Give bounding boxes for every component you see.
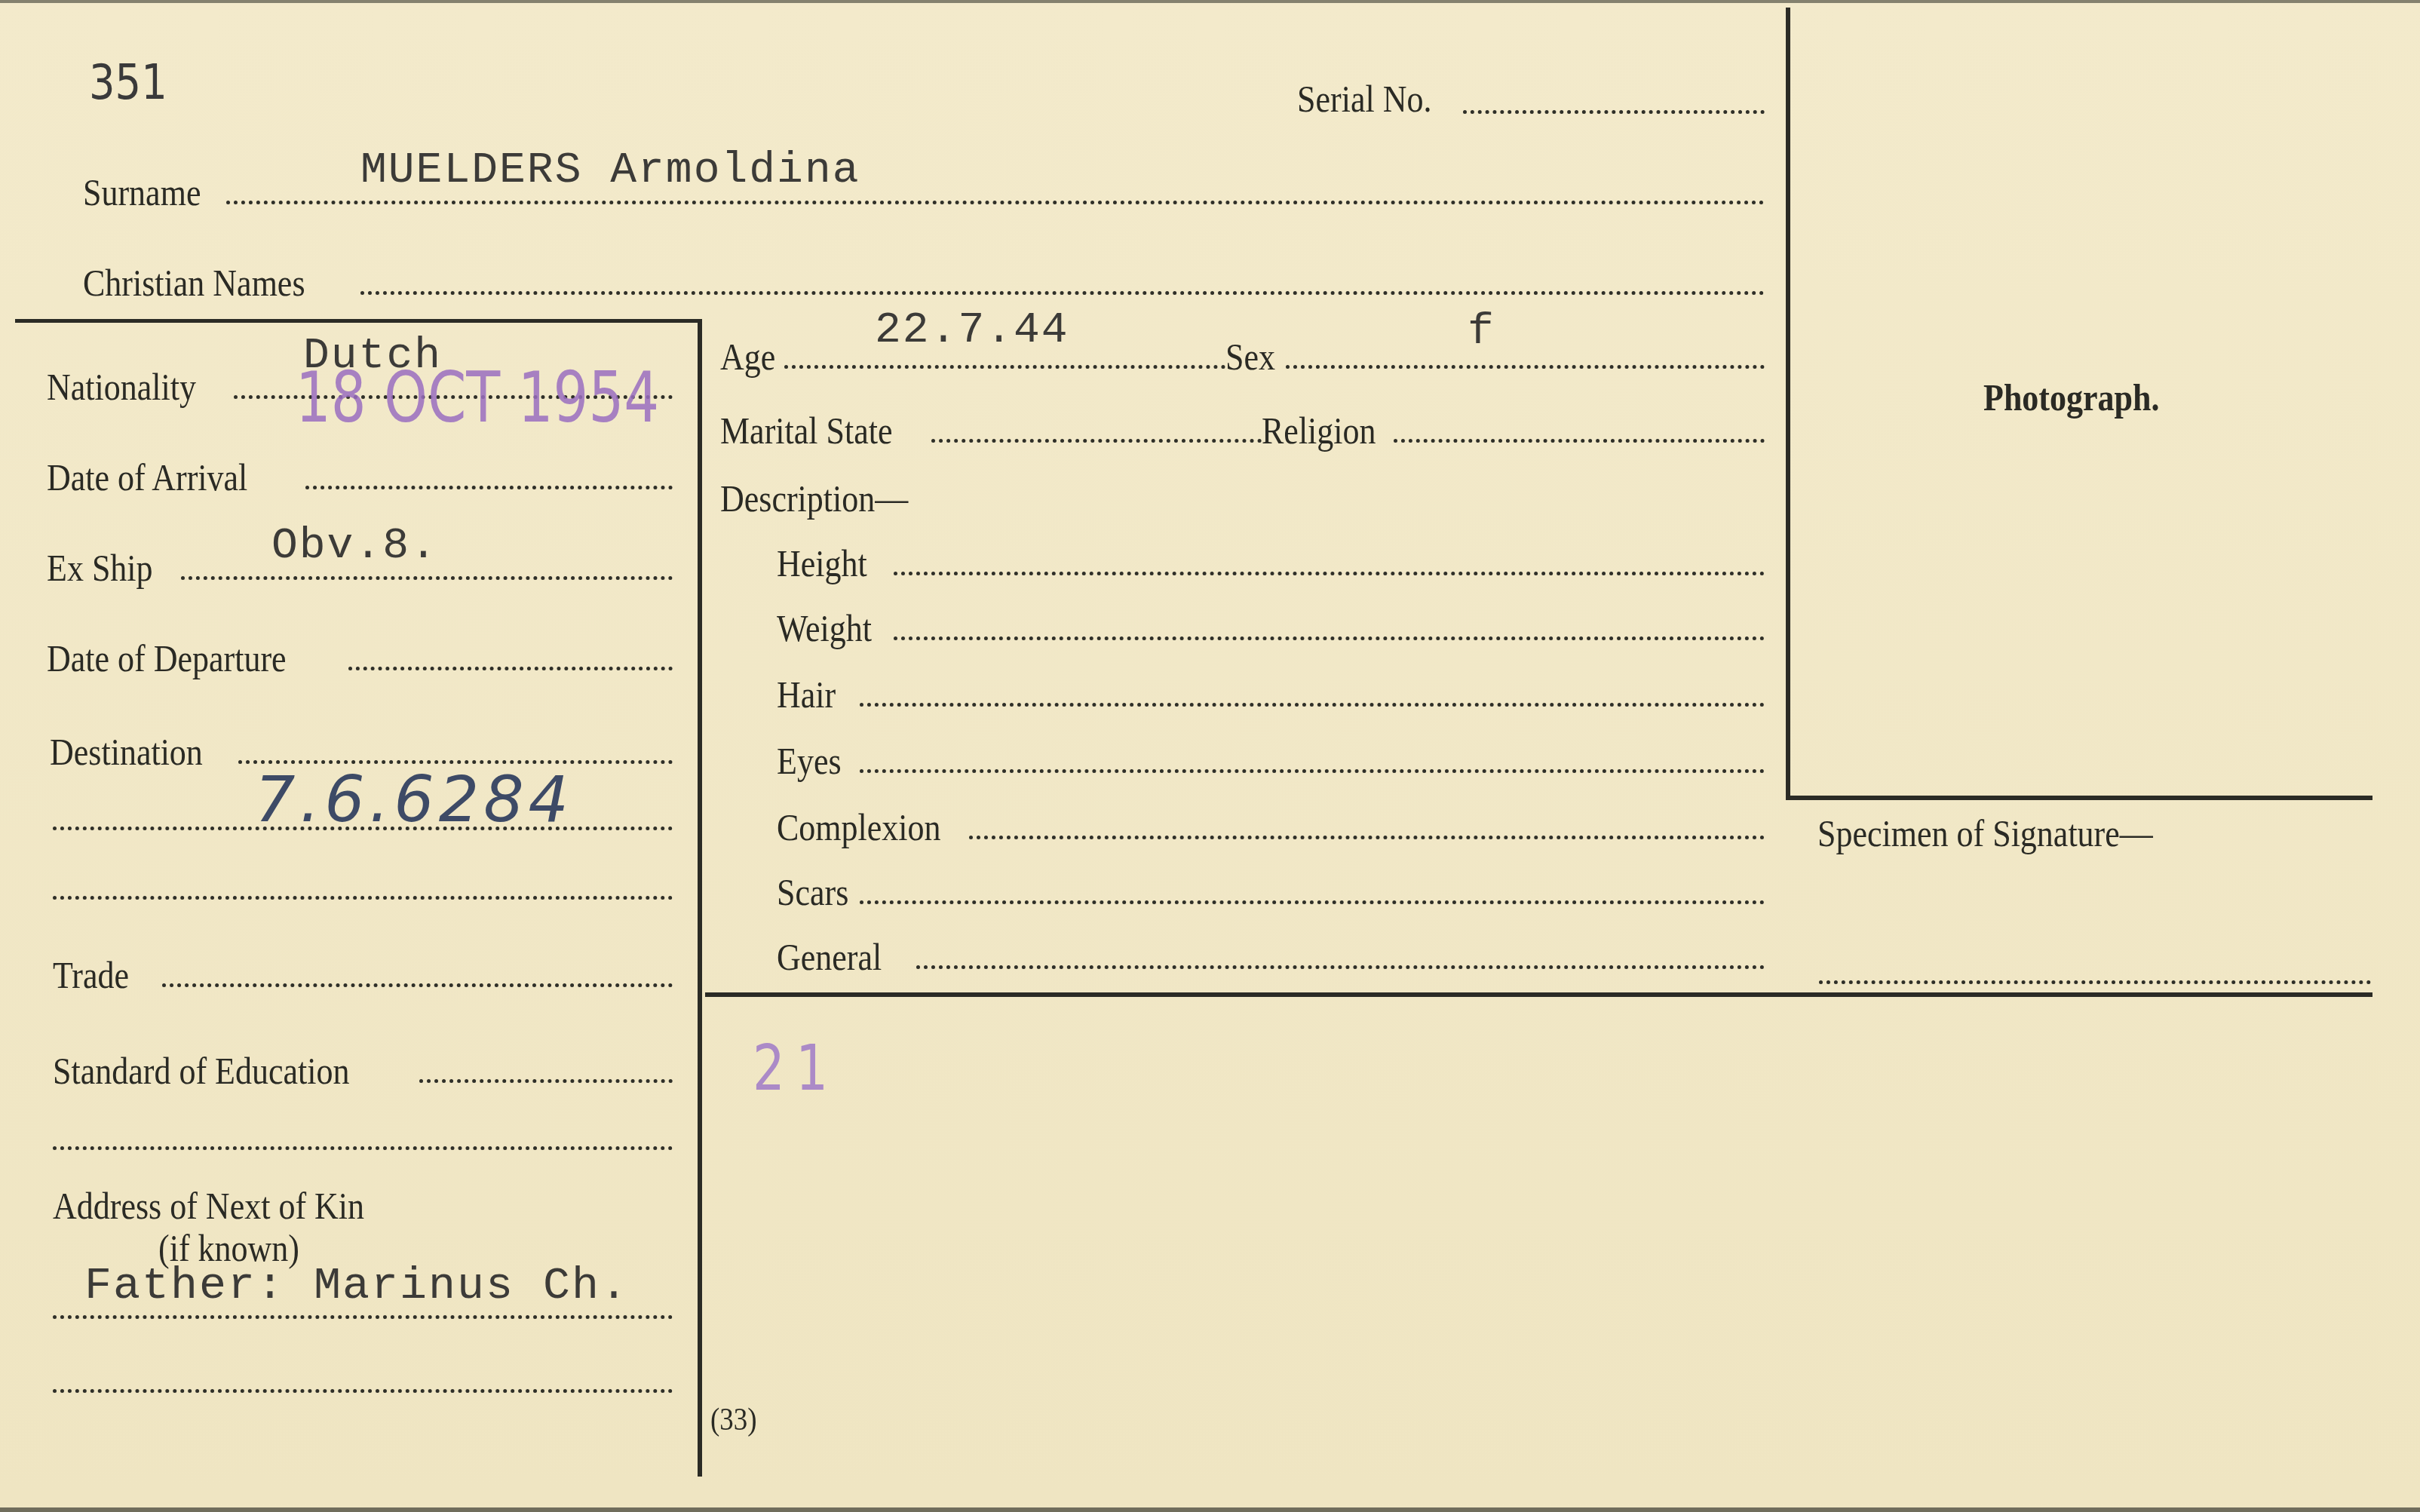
description-label: Description—: [720, 480, 908, 517]
education-label: Standard of Education: [53, 1052, 349, 1090]
education-field[interactable]: [419, 1079, 673, 1083]
stamp-number: 21: [753, 1036, 839, 1099]
education-field-line-2[interactable]: [53, 1146, 673, 1150]
trade-label: Trade: [53, 956, 129, 994]
middle-bottom-rule: [705, 992, 2372, 997]
eyes-label: Eyes: [777, 742, 842, 780]
marital-state-field[interactable]: [931, 439, 1262, 443]
ex-ship-field[interactable]: [181, 576, 673, 580]
date-of-departure-label: Date of Departure: [47, 639, 287, 677]
surname-field[interactable]: [226, 201, 1765, 204]
christian-names-field[interactable]: [360, 291, 1765, 295]
left-box-right-rule: [698, 319, 702, 1477]
scars-label: Scars: [777, 873, 848, 911]
surname-label: Surname: [83, 173, 201, 211]
general-label: General: [777, 938, 882, 976]
serial-no-field[interactable]: [1463, 110, 1765, 114]
serial-no-label: Serial No.: [1297, 80, 1431, 118]
general-field[interactable]: [916, 965, 1765, 969]
religion-label: Religion: [1262, 412, 1376, 449]
date-of-departure-field[interactable]: [348, 667, 673, 670]
photograph-area: [1795, 9, 2368, 793]
height-label: Height: [777, 544, 867, 582]
sex-label: Sex: [1225, 338, 1275, 376]
card-top-edge: [0, 0, 2420, 3]
form-code: (33): [710, 1404, 757, 1436]
card-bottom-edge: [0, 1507, 2420, 1512]
weight-label: Weight: [777, 609, 872, 647]
scars-field[interactable]: [860, 900, 1765, 904]
sex-field[interactable]: [1286, 365, 1765, 369]
age-value: 22.7.44: [875, 309, 1069, 353]
surname-value: MUELDERS Armoldina: [360, 149, 860, 193]
destination-field-line-3[interactable]: [53, 896, 673, 900]
marital-state-label: Marital State: [720, 412, 892, 449]
left-box-top-rule: [15, 319, 701, 323]
card-number: 351: [89, 59, 167, 107]
religion-field[interactable]: [1394, 439, 1765, 443]
christian-names-label: Christian Names: [83, 264, 305, 302]
date-of-arrival-label: Date of Arrival: [47, 459, 247, 496]
hair-label: Hair: [777, 676, 836, 713]
destination-value: 7.6.6284: [255, 768, 573, 831]
next-of-kin-field-line-2[interactable]: [53, 1389, 673, 1393]
photo-box-left-rule: [1786, 8, 1790, 799]
date-of-arrival-field[interactable]: [305, 486, 673, 489]
ex-ship-value: Obv.8.: [271, 525, 438, 569]
signature-label: Specimen of Signature—: [1817, 814, 2153, 852]
next-of-kin-value: Father: Marinus Ch.: [84, 1264, 629, 1309]
age-label: Age: [720, 338, 775, 376]
ex-ship-label: Ex Ship: [47, 549, 153, 587]
trade-field[interactable]: [162, 983, 673, 987]
weight-field[interactable]: [894, 636, 1765, 640]
nationality-label: Nationality: [47, 368, 196, 406]
signature-field[interactable]: [1819, 980, 2371, 984]
next-of-kin-field[interactable]: [53, 1315, 673, 1319]
hair-field[interactable]: [860, 703, 1765, 707]
age-field[interactable]: [784, 365, 1225, 369]
photo-box-bottom-rule: [1786, 796, 2372, 800]
complexion-label: Complexion: [777, 808, 941, 846]
height-field[interactable]: [894, 572, 1765, 575]
date-stamp: 18 OCT 1954: [296, 363, 659, 433]
destination-label: Destination: [50, 733, 203, 771]
next-of-kin-label: Address of Next of Kin: [53, 1187, 364, 1225]
eyes-field[interactable]: [860, 769, 1765, 773]
complexion-field[interactable]: [969, 836, 1765, 839]
registration-card: 351 Serial No. Surname MUELDERS Armoldin…: [0, 0, 2420, 1512]
sex-value: f: [1468, 311, 1495, 354]
